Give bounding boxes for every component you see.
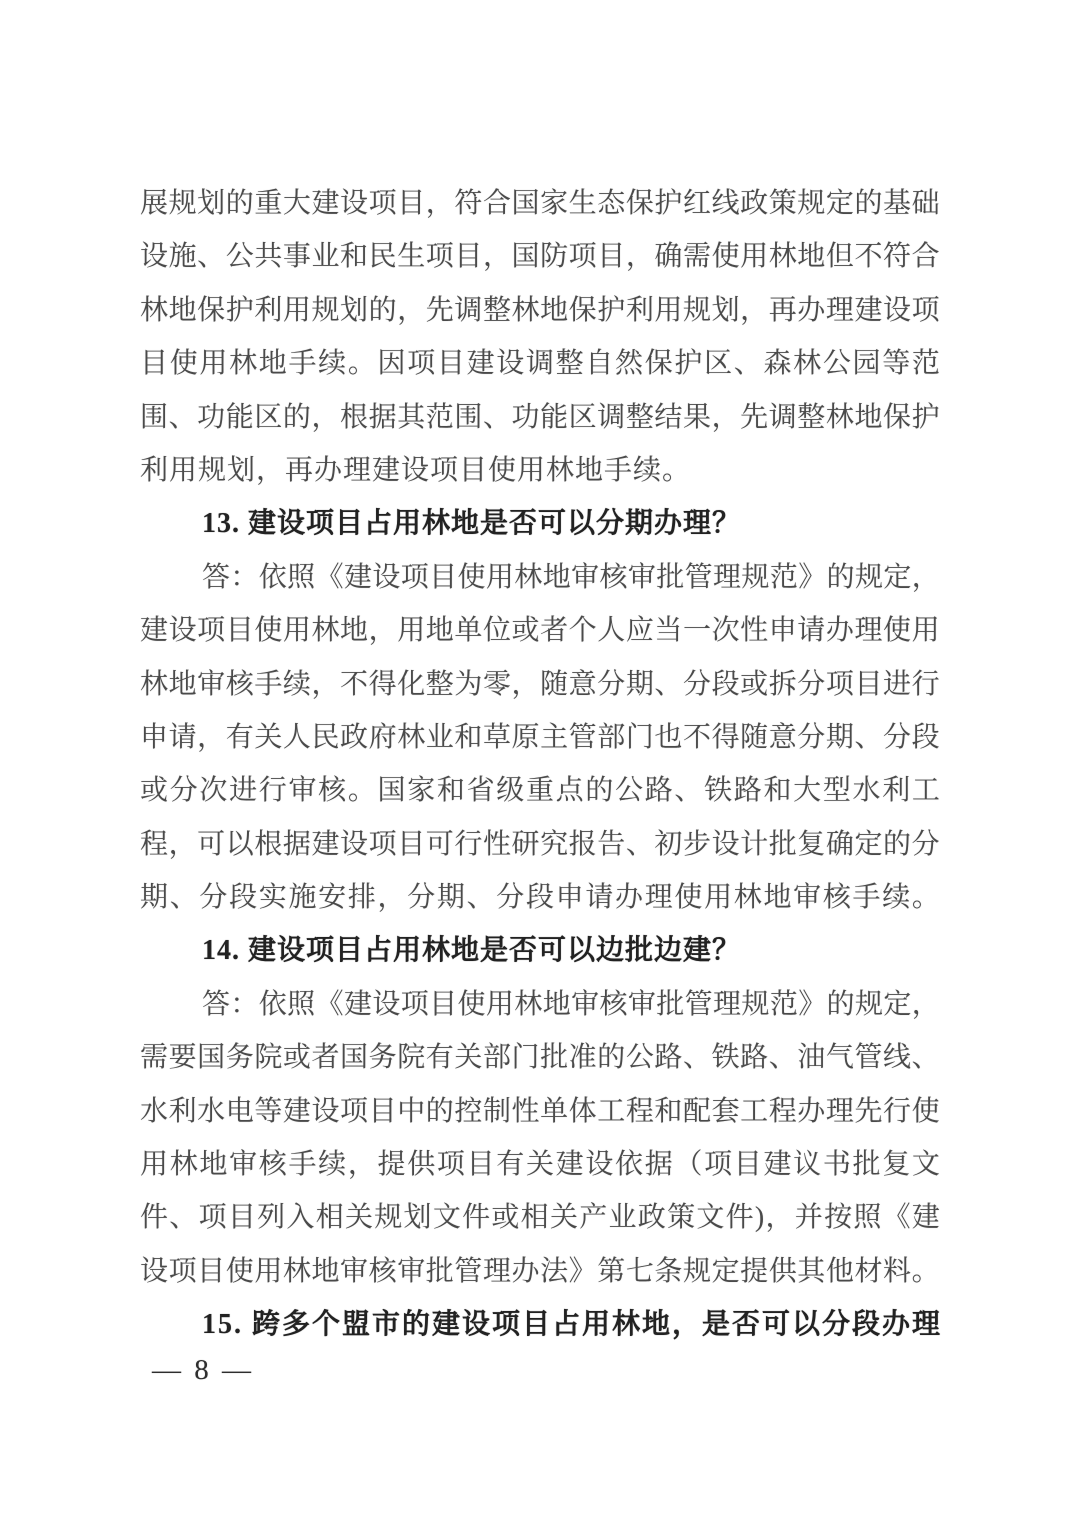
answer-14-line-3: 水利水电等建设项目中的控制性单体工程和配套工程办理先行使 (140, 1085, 940, 1138)
page-number: — 8 — (152, 1350, 254, 1390)
answer-13-line-5: 或分次进行审核。国家和省级重点的公路、铁路和大型水利工 (140, 764, 940, 817)
answer-14-line-2: 需要国务院或者国务院有关部门批准的公路、铁路、油气管线、 (140, 1031, 940, 1084)
answer-14-line-4: 用林地审核手续，提供项目有关建设依据（项目建议书批复文 (140, 1138, 940, 1191)
body-line-5: 围、功能区的，根据其范围、功能区调整结果，先调整林地保护 (140, 391, 940, 444)
body-line-6: 利用规划，再办理建设项目使用林地手续。 (140, 444, 940, 497)
question-14-heading: 14. 建设项目占用林地是否可以边批边建？ (140, 924, 940, 977)
answer-13-line-2: 建设项目使用林地，用地单位或者个人应当一次性申请办理使用 (140, 604, 940, 657)
answer-14-line-1: 答：依照《建设项目使用林地审核审批管理规范》的规定， (140, 978, 940, 1031)
question-13-heading: 13. 建设项目占用林地是否可以分期办理？ (140, 497, 940, 550)
body-line-1: 展规划的重大建设项目，符合国家生态保护红线政策规定的基础 (140, 177, 940, 230)
answer-13-line-6: 程，可以根据建设项目可行性研究报告、初步设计批复确定的分 (140, 818, 940, 871)
document-text-block: 展规划的重大建设项目，符合国家生态保护红线政策规定的基础 设施、公共事业和民生项… (140, 177, 940, 1352)
body-line-2: 设施、公共事业和民生项目，国防项目，确需使用林地但不符合 (140, 230, 940, 283)
answer-14-line-6: 设项目使用林地审核审批管理办法》第七条规定提供其他材料。 (140, 1245, 940, 1298)
answer-13-line-3: 林地审核手续，不得化整为零，随意分期、分段或拆分项目进行 (140, 658, 940, 711)
body-line-3: 林地保护利用规划的，先调整林地保护利用规划，再办理建设项 (140, 284, 940, 337)
document-page: 展规划的重大建设项目，符合国家生态保护红线政策规定的基础 设施、公共事业和民生项… (0, 0, 1080, 1527)
question-15-heading: 15. 跨多个盟市的建设项目占用林地，是否可以分段办理 (140, 1298, 940, 1351)
answer-13-line-1: 答：依照《建设项目使用林地审核审批管理规范》的规定， (140, 551, 940, 604)
body-line-4: 目使用林地手续。因项目建设调整自然保护区、森林公园等范 (140, 337, 940, 390)
answer-13-line-4: 申请，有关人民政府林业和草原主管部门也不得随意分期、分段 (140, 711, 940, 764)
answer-14-line-5: 件、项目列入相关规划文件或相关产业政策文件)，并按照《建 (140, 1191, 940, 1244)
answer-13-line-7: 期、分段实施安排，分期、分段申请办理使用林地审核手续。 (140, 871, 940, 924)
